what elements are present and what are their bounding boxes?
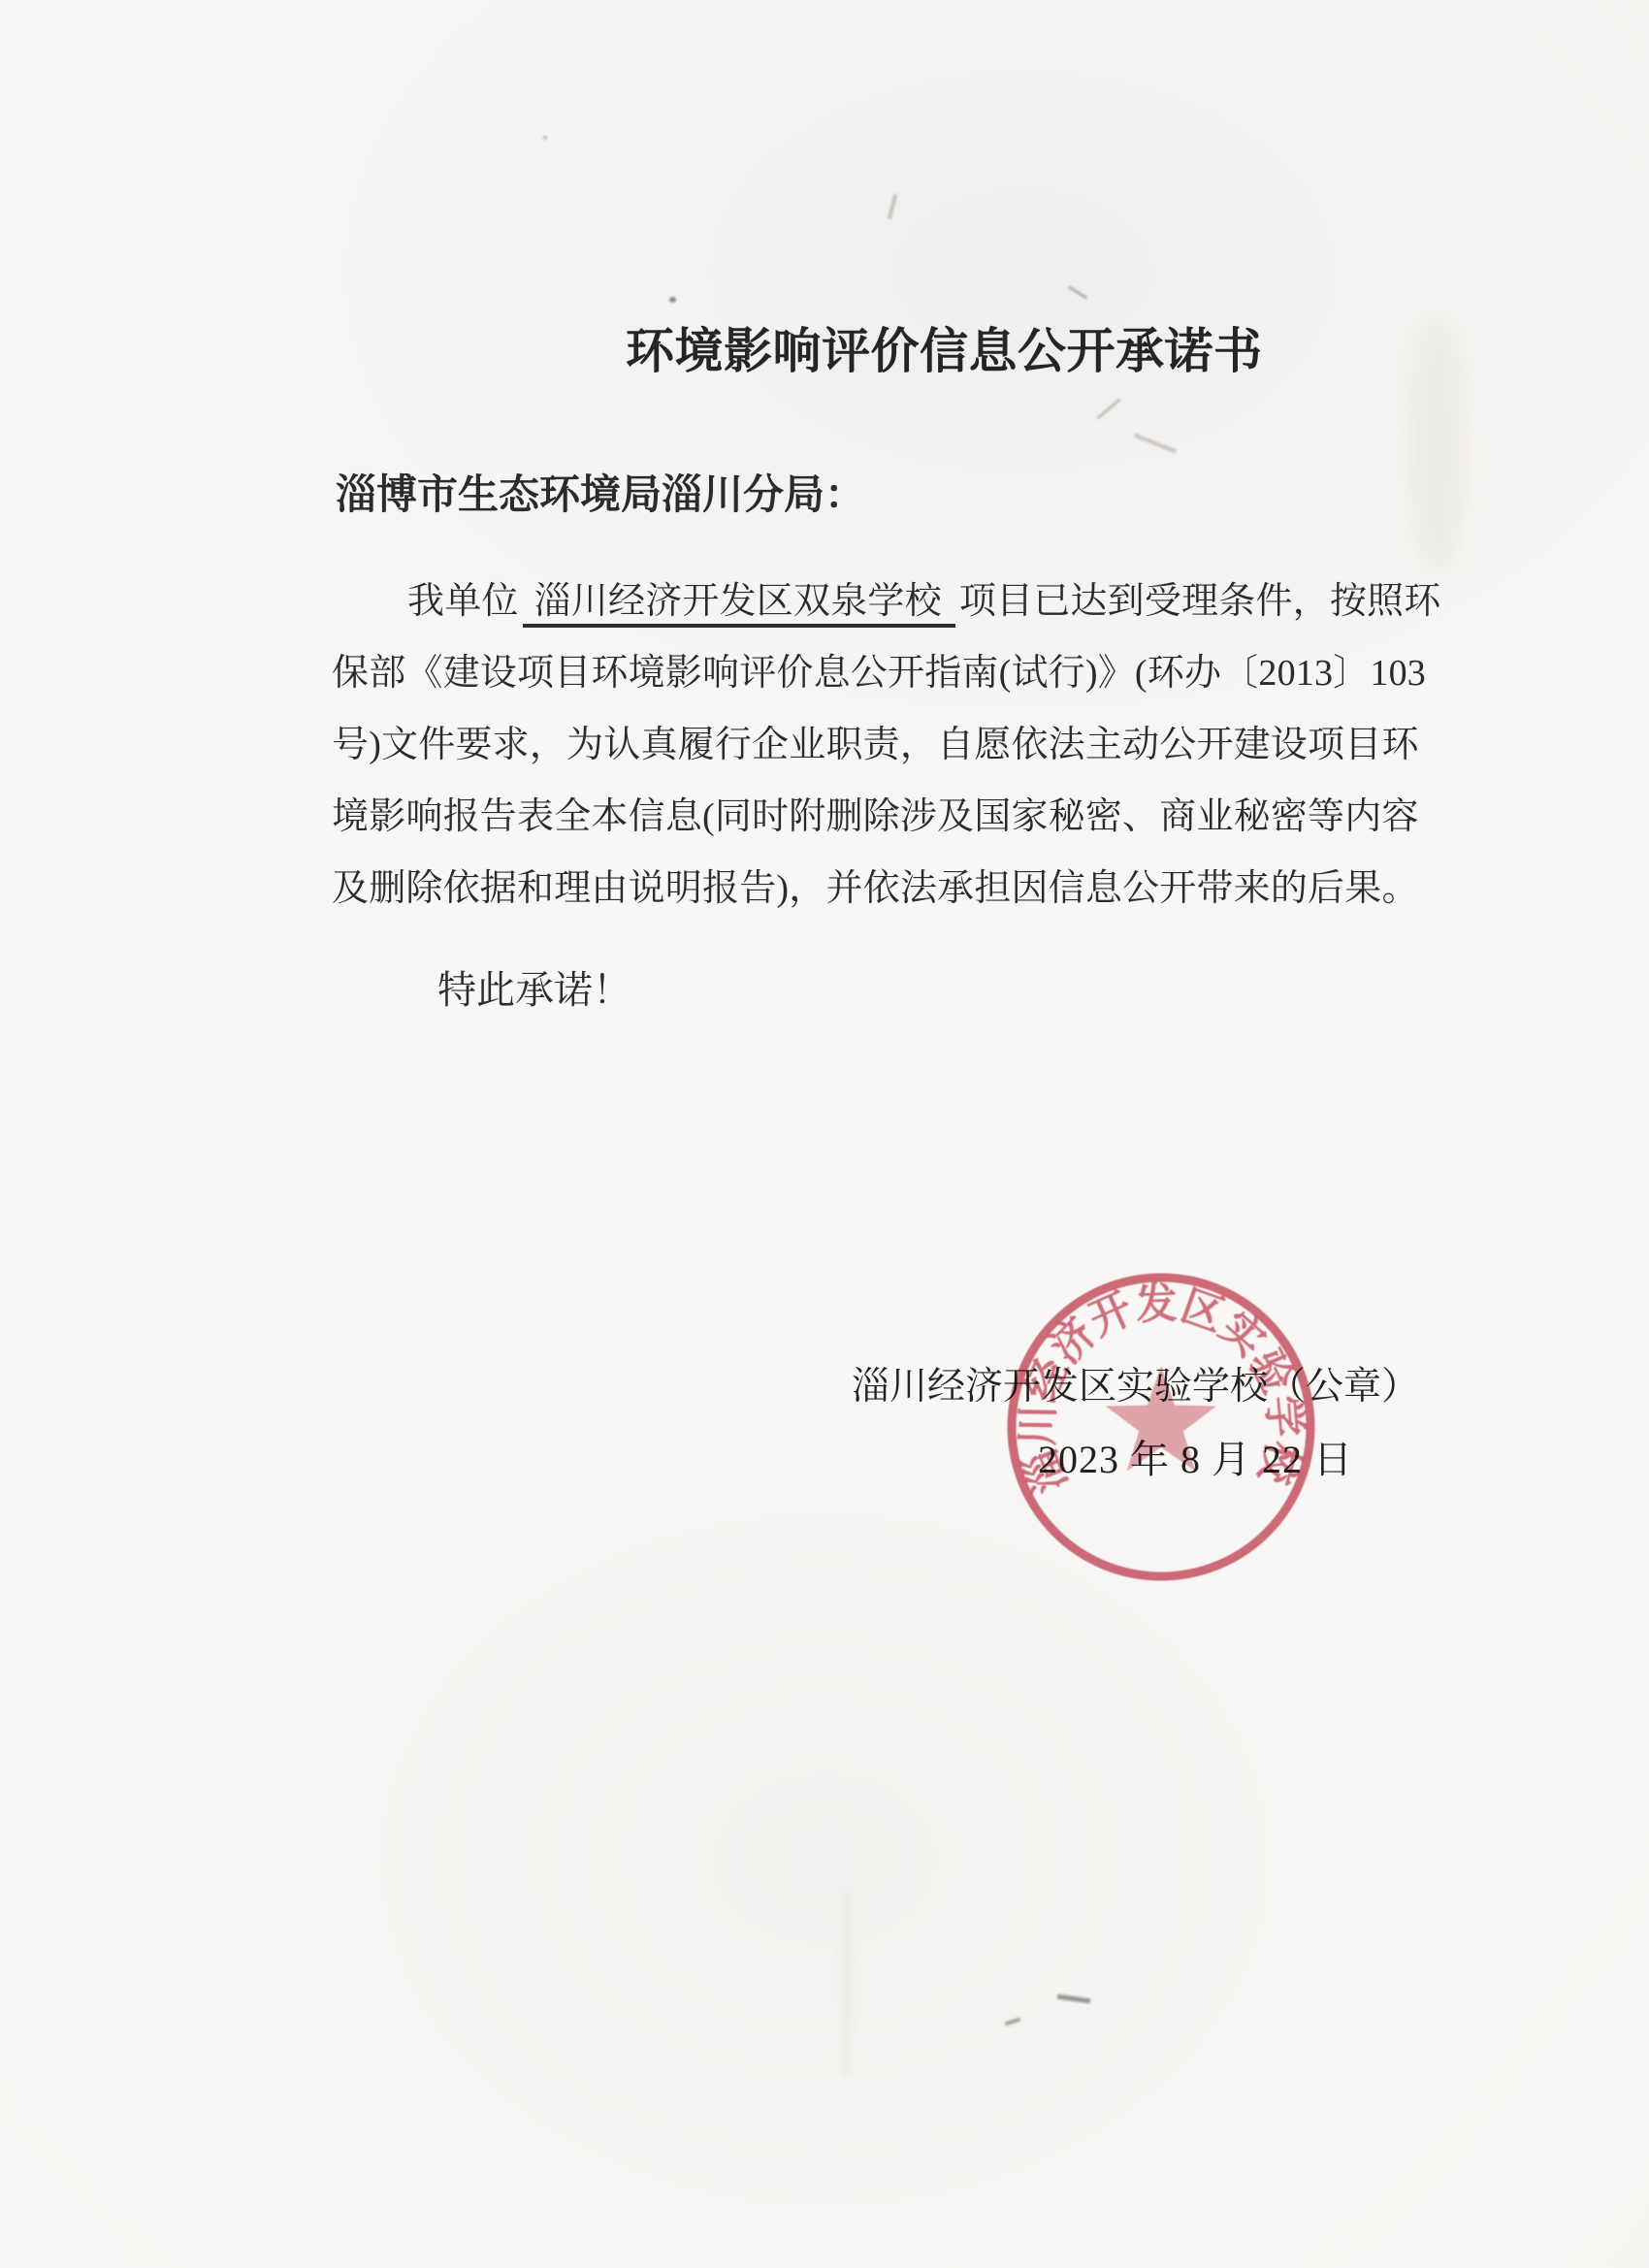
body-line: 保部《建设项目环境影响评价息公开指南(试行)》(环办〔2013〕103 — [332, 637, 1447, 709]
scan-smudge — [1057, 1994, 1090, 2004]
body-line-rest: 项目已达到受理条件，按照环 — [959, 581, 1441, 622]
scan-smudge — [1134, 434, 1177, 454]
body-line: 境影响报告表全本信息(同时附删除涉及国家秘密、商业秘密等内容 — [332, 781, 1447, 853]
body-line-lead: 我单位 — [407, 581, 519, 622]
scanned-letter-page: 环境影响评价信息公开承诺书 淄博市生态环境局淄川分局： 我单位淄川经济开发区双泉… — [0, 0, 1649, 2268]
seal-star-icon — [1106, 1366, 1216, 1472]
body-line: 号)文件要求，为认真履行企业职责，自愿依法主动公开建设项目环 — [332, 709, 1447, 781]
body-paragraph: 我单位淄川经济开发区双泉学校项目已达到受理条件，按照环 保部《建设项目环境影响评… — [332, 566, 1447, 924]
scan-smudge — [842, 1892, 852, 2076]
scan-smudge — [1408, 320, 1467, 572]
scan-smudge — [1097, 399, 1121, 420]
scan-smudge — [1068, 285, 1087, 299]
closing-line: 特此承诺！ — [437, 956, 631, 1024]
body-line: 我单位淄川经济开发区双泉学校项目已达到受理条件，按照环 — [332, 566, 1447, 637]
document-title: 环境影响评价信息公开承诺书 — [626, 324, 1263, 378]
scan-smudge — [888, 194, 897, 219]
official-seal: 淄川经济开发区实验学校 — [996, 1262, 1326, 1592]
scan-smudge — [1005, 2018, 1020, 2026]
project-name-underlined: 淄川经济开发区双泉学校 — [523, 579, 955, 628]
body-line: 及删除依据和理由说明报告)，并依法承担因信息公开带来的后果。 — [332, 853, 1447, 924]
scan-smudge — [543, 136, 547, 140]
scan-smudge — [669, 297, 676, 303]
addressee-line: 淄博市生态环境局淄川分局： — [336, 468, 865, 522]
